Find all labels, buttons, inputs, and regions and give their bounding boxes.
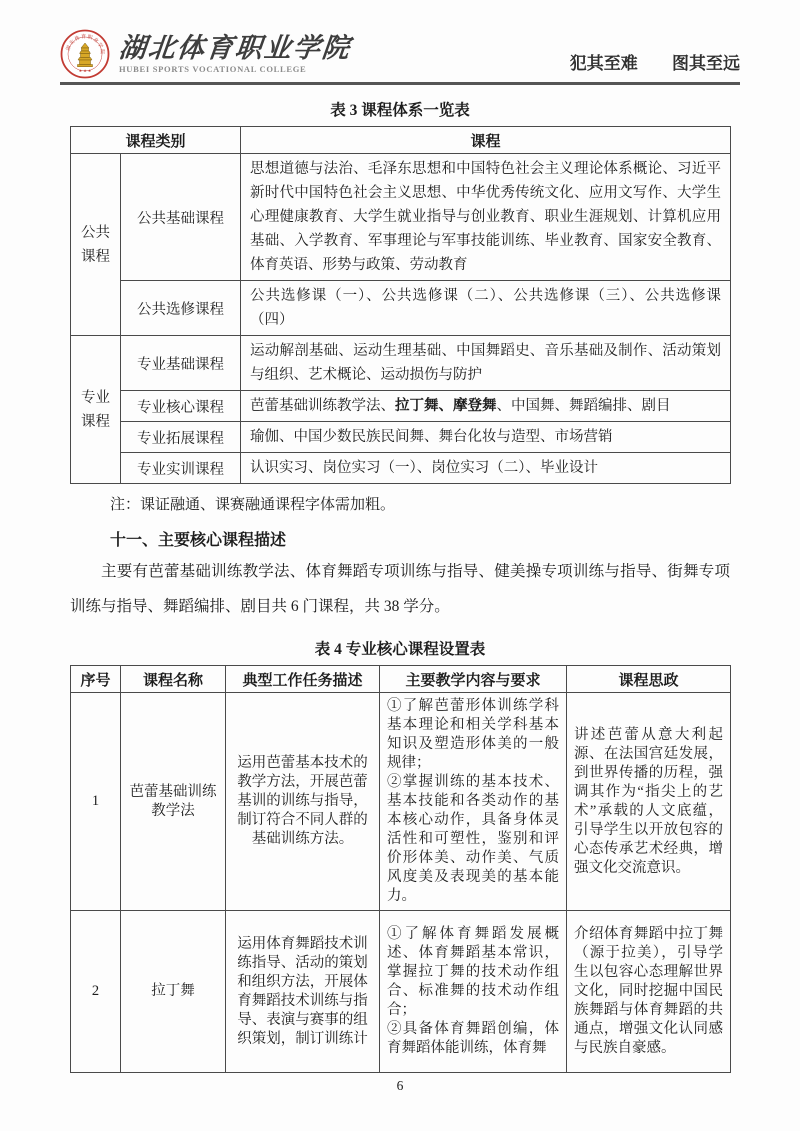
header-task: 典型工作任务描述	[226, 666, 380, 693]
motto-part1: 犯其至难	[570, 54, 638, 73]
teaching-item-1: ①了解体育舞蹈发展概述、体育舞蹈基本常识，掌握拉丁舞的技术动作组合、标准舞的技术…	[387, 925, 559, 1020]
course-name-cell: 拉丁舞	[121, 911, 226, 1073]
college-name-english: HUBEI SPORTS VOCATIONAL COLLEGE	[119, 64, 351, 74]
teaching-content-cell: ①了解芭蕾形体训练学科基本理论和相关学科基本知识及塑造形体美的一般规律； ②掌握…	[380, 693, 567, 911]
teaching-content-cell: ①了解体育舞蹈发展概述、体育舞蹈基本常识，掌握拉丁舞的技术动作组合、标准舞的技术…	[380, 911, 567, 1073]
table-row: 专业核心课程 芭蕾基础训练教学法、拉丁舞、摩登舞、中国舞、舞蹈编排、剧目	[71, 391, 731, 422]
svg-text:★ ★ ★: ★ ★ ★	[79, 68, 92, 73]
course-list-cell: 瑜伽、中国少数民族民间舞、舞台化妆与造型、市场营销	[241, 422, 731, 453]
page-number: 6	[70, 1078, 730, 1094]
section-heading: 十一、主要核心课程描述	[70, 527, 730, 550]
page-header: 湖北体育职业学院 ★ ★ ★ 湖北体育职业学院 HUBEI SPORTS VOC…	[60, 25, 740, 85]
header-ideology: 课程思政	[567, 666, 731, 693]
table-row: 专业拓展课程 瑜伽、中国少数民族民间舞、舞台化妆与造型、市场营销	[71, 422, 731, 453]
course-list-cell: 运动解剖基础、运动生理基础、中国舞蹈史、音乐基础及制作、活动策划与组织、艺术概论…	[241, 336, 731, 391]
header-course-name: 课程名称	[121, 666, 226, 693]
document-page: 湖北体育职业学院 ★ ★ ★ 湖北体育职业学院 HUBEI SPORTS VOC…	[0, 0, 800, 1131]
header-course: 课程	[241, 127, 731, 154]
motto-part2: 图其至远	[672, 54, 740, 73]
course-list-cell: 思想道德与法治、毛泽东思想和中国特色社会主义理论体系概论、习近平新时代中国特色社…	[241, 154, 731, 281]
task-description-cell: 运用体育舞蹈技术训练指导、活动的策划和组织方法，开展体育舞蹈技术训练与指导、表演…	[226, 911, 380, 1073]
college-seal-icon: 湖北体育职业学院 ★ ★ ★	[60, 29, 110, 79]
table3-note: 注：课证融通、课赛融通课程字体需加粗。	[70, 493, 730, 514]
header-teaching: 主要教学内容与要求	[380, 666, 567, 693]
header-no: 序号	[71, 666, 121, 693]
table-row: 2 拉丁舞 运用体育舞蹈技术训练指导、活动的策划和组织方法，开展体育舞蹈技术训练…	[71, 911, 731, 1073]
table-row: 专业课程 专业基础课程 运动解剖基础、运动生理基础、中国舞蹈史、音乐基础及制作、…	[71, 336, 731, 391]
task-text-clipped: 运用体育舞蹈技术训练指导、活动的策划和组织方法，开展体育舞蹈技术训练与指导、表演…	[233, 935, 372, 1049]
table4-title: 表 4 专业核心课程设置表	[70, 637, 730, 659]
header-course-category: 课程类别	[71, 127, 241, 154]
teaching-items-clipped: ①了解体育舞蹈发展概述、体育舞蹈基本常识，掌握拉丁舞的技术动作组合、标准舞的技术…	[387, 925, 559, 1058]
college-brand: 湖北体育职业学院 ★ ★ ★ 湖北体育职业学院 HUBEI SPORTS VOC…	[60, 29, 351, 79]
table-row: 公共课程 公共基础课程 思想道德与法治、毛泽东思想和中国特色社会主义理论体系概论…	[71, 154, 731, 281]
course-list-cell: 公共选修课（一）、公共选修课（二）、公共选修课（三）、公共选修课（四）	[241, 281, 731, 336]
ideology-cell: 介绍体育舞蹈中拉丁舞（源于拉美），引导学生以包容心态理解世界文化，同时挖掘中国民…	[567, 911, 731, 1073]
core-course-suffix: 、中国舞、舞蹈编排、剧目	[497, 398, 671, 414]
course-system-table: 课程类别 课程 公共课程 公共基础课程 思想道德与法治、毛泽东思想和中国特色社会…	[70, 126, 731, 484]
section-paragraph: 主要有芭蕾基础训练教学法、体育舞蹈专项训练与指导、健美操专项训练与指导、街舞专项…	[70, 554, 730, 624]
row-no-cell: 2	[71, 911, 121, 1073]
table-row: 公共选修课程 公共选修课（一）、公共选修课（二）、公共选修课（三）、公共选修课（…	[71, 281, 731, 336]
subcategory-cell: 专业实训课程	[121, 453, 241, 484]
page-content: 表 3 课程体系一览表 课程类别 课程 公共课程 公共基础课程 思想道德与法治、…	[70, 98, 730, 1094]
table-row: 专业实训课程 认识实习、岗位实习（一）、岗位实习（二）、毕业设计	[71, 453, 731, 484]
table3-title: 表 3 课程体系一览表	[70, 98, 730, 120]
course-list-cell: 认识实习、岗位实习（一）、岗位实习（二）、毕业设计	[241, 453, 731, 484]
college-name-calligraphy: 湖北体育职业学院	[118, 34, 353, 62]
task-description-cell: 运用芭蕾基本技术的教学方法，开展芭蕾基训的训练与指导，制订符合不同人群的基础训练…	[226, 693, 380, 911]
core-course-setup-table: 序号 课程名称 典型工作任务描述 主要教学内容与要求 课程思政 1 芭蕾基础训练…	[70, 665, 731, 1073]
subcategory-cell: 专业核心课程	[121, 391, 241, 422]
core-course-prefix: 芭蕾基础训练教学法、	[250, 398, 395, 414]
subcategory-cell: 公共基础课程	[121, 154, 241, 281]
teaching-item-1: ①了解芭蕾形体训练学科基本理论和相关学科基本知识及塑造形体美的一般规律；	[387, 697, 559, 773]
course-name-cell: 芭蕾基础训练教学法	[121, 693, 226, 911]
core-course-bold: 拉丁舞、摩登舞	[395, 398, 497, 414]
category-public-cell: 公共课程	[71, 154, 121, 336]
teaching-item-2: ②掌握训练的基本技术、基本技能和各类动作的基本核心动作，具备身体灵活性和可塑性，…	[387, 773, 559, 906]
ideology-cell: 讲述芭蕾从意大利起源、在法国宫廷发展，到世界传播的历程，强调其作为“指尖上的艺术…	[567, 693, 731, 911]
subcategory-cell: 公共选修课程	[121, 281, 241, 336]
subcategory-cell: 专业拓展课程	[121, 422, 241, 453]
table-header-row: 课程类别 课程	[71, 127, 731, 154]
college-motto: 犯其至难 图其至远	[570, 49, 740, 79]
course-list-cell: 芭蕾基础训练教学法、拉丁舞、摩登舞、中国舞、舞蹈编排、剧目	[241, 391, 731, 422]
category-major-cell: 专业课程	[71, 336, 121, 484]
teaching-item-2: ②具备体育舞蹈创编，体育舞蹈体能训练，体育舞	[387, 1020, 559, 1058]
row-no-cell: 1	[71, 693, 121, 911]
subcategory-cell: 专业基础课程	[121, 336, 241, 391]
table-header-row: 序号 课程名称 典型工作任务描述 主要教学内容与要求 课程思政	[71, 666, 731, 693]
table-row: 1 芭蕾基础训练教学法 运用芭蕾基本技术的教学方法，开展芭蕾基训的训练与指导，制…	[71, 693, 731, 911]
college-names: 湖北体育职业学院 HUBEI SPORTS VOCATIONAL COLLEGE	[119, 34, 351, 74]
